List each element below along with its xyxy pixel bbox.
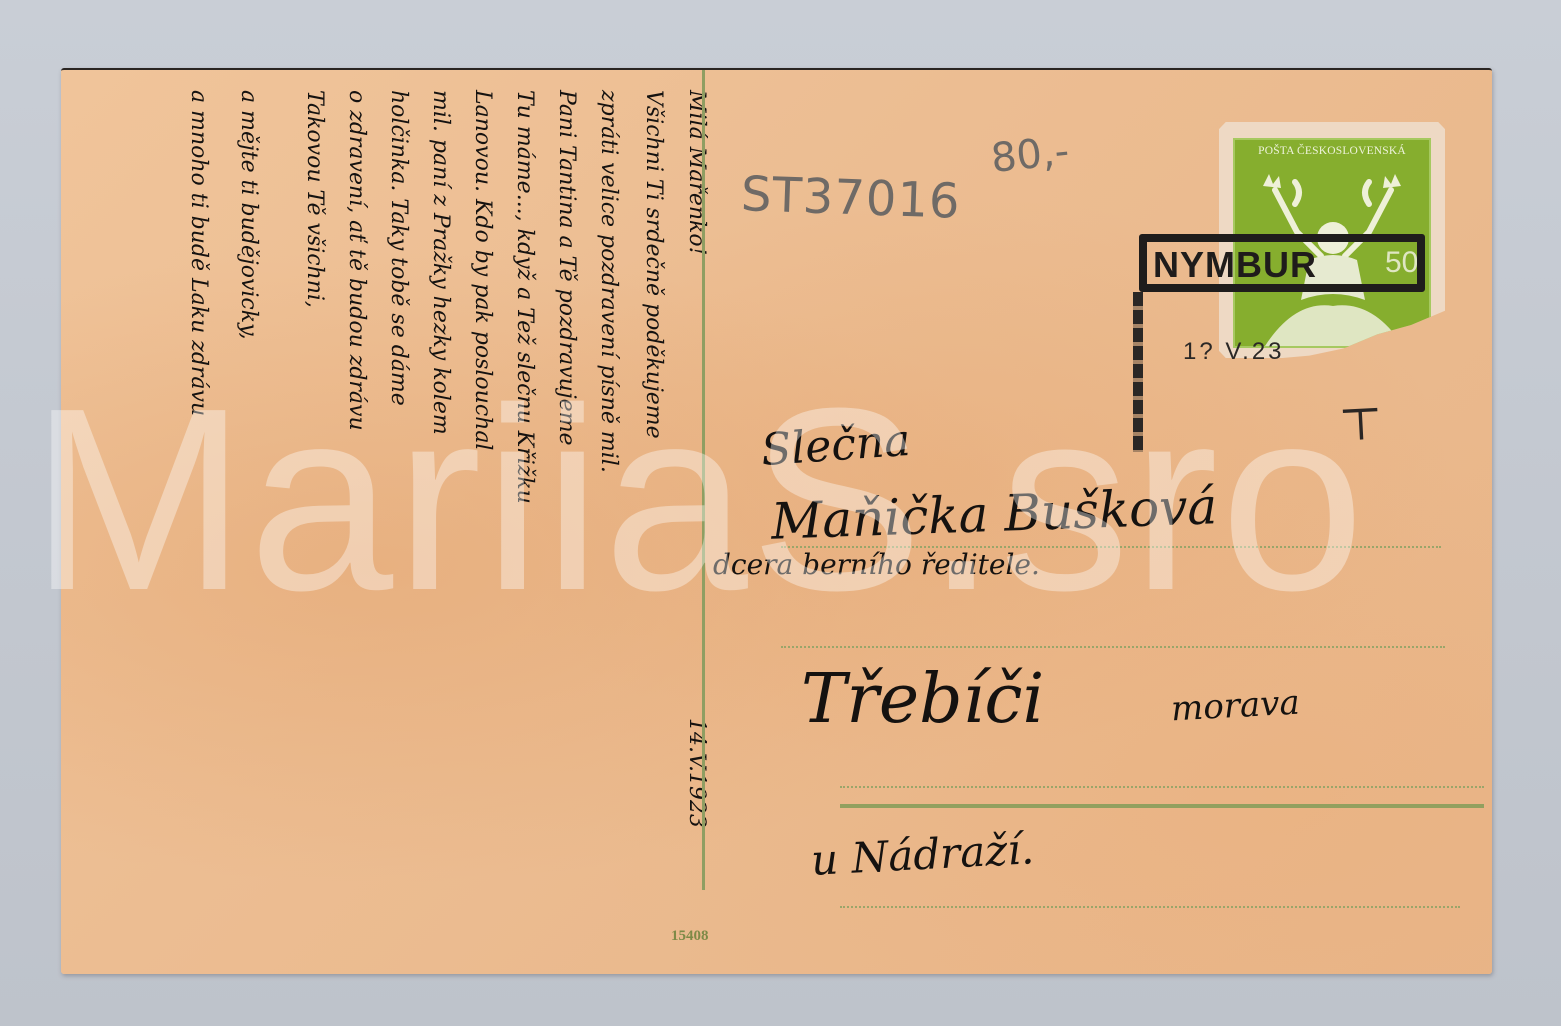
message-line: o zdravení, ať tě budou zdrávu [344, 90, 369, 431]
address-solid-line [840, 804, 1484, 808]
postmark-town: NYMBUR [1153, 244, 1317, 286]
message-line: holčinka. Taky tobě se dáme [386, 90, 411, 406]
address-salutation: Slečna [759, 415, 912, 476]
message-line: mil. paní z Pražky hezky kolem [428, 90, 453, 435]
postmark-date: 1? V.23 [1183, 338, 1285, 366]
message-line: Všichni Ti srdečně poděkujeme [641, 90, 666, 439]
message-line: Tu máme..., když a Tež slečnu Křižku [512, 90, 537, 504]
message-line: a mnoho ti budě Laku zdrávu [186, 90, 211, 416]
message-line: zpráti velice pozdravení písně mil. [596, 90, 621, 473]
postcard: Milá Mařenko! Všichni Ti srdečně poděkuj… [61, 68, 1492, 974]
address-dotted-line [840, 906, 1460, 908]
stamp-perforation [1219, 118, 1445, 126]
pencil-price: 80,- [989, 128, 1071, 182]
postmark-cross-mark: ┬ [1342, 381, 1379, 438]
address-region: morava [1170, 683, 1301, 730]
postmark-outer-frame [1133, 292, 1143, 452]
stamp-country-text: POŠTA ČESKOSLOVENSKÁ [1235, 145, 1429, 157]
message-line: Lanovou. Kdo by pak poslouchal [470, 90, 495, 450]
print-number: 15408 [671, 928, 709, 945]
message-line: Pani Tantina a Tě pozdravujeme [554, 90, 579, 446]
address-dotted-line [840, 786, 1484, 788]
address-line-5: u Nádraží. [810, 824, 1035, 885]
message-line: a mějte ti budějovicky, [236, 90, 261, 340]
center-divider [702, 70, 705, 890]
address-city: Třebíči [801, 660, 1044, 739]
address-name: Maňička Bušková [770, 477, 1218, 551]
message-line: Milá Mařenko! [684, 90, 709, 255]
message-line: Takovou Tě všichni, [302, 90, 327, 308]
pencil-inventory-code: ST37016 [740, 166, 961, 230]
message-date: 14.V.1923 [684, 718, 709, 828]
message-area: Milá Mařenko! Všichni Ti srdečně poděkuj… [91, 90, 691, 950]
address-line-3: dcera berního ředitele. [713, 548, 1040, 581]
address-dotted-line [781, 646, 1445, 648]
